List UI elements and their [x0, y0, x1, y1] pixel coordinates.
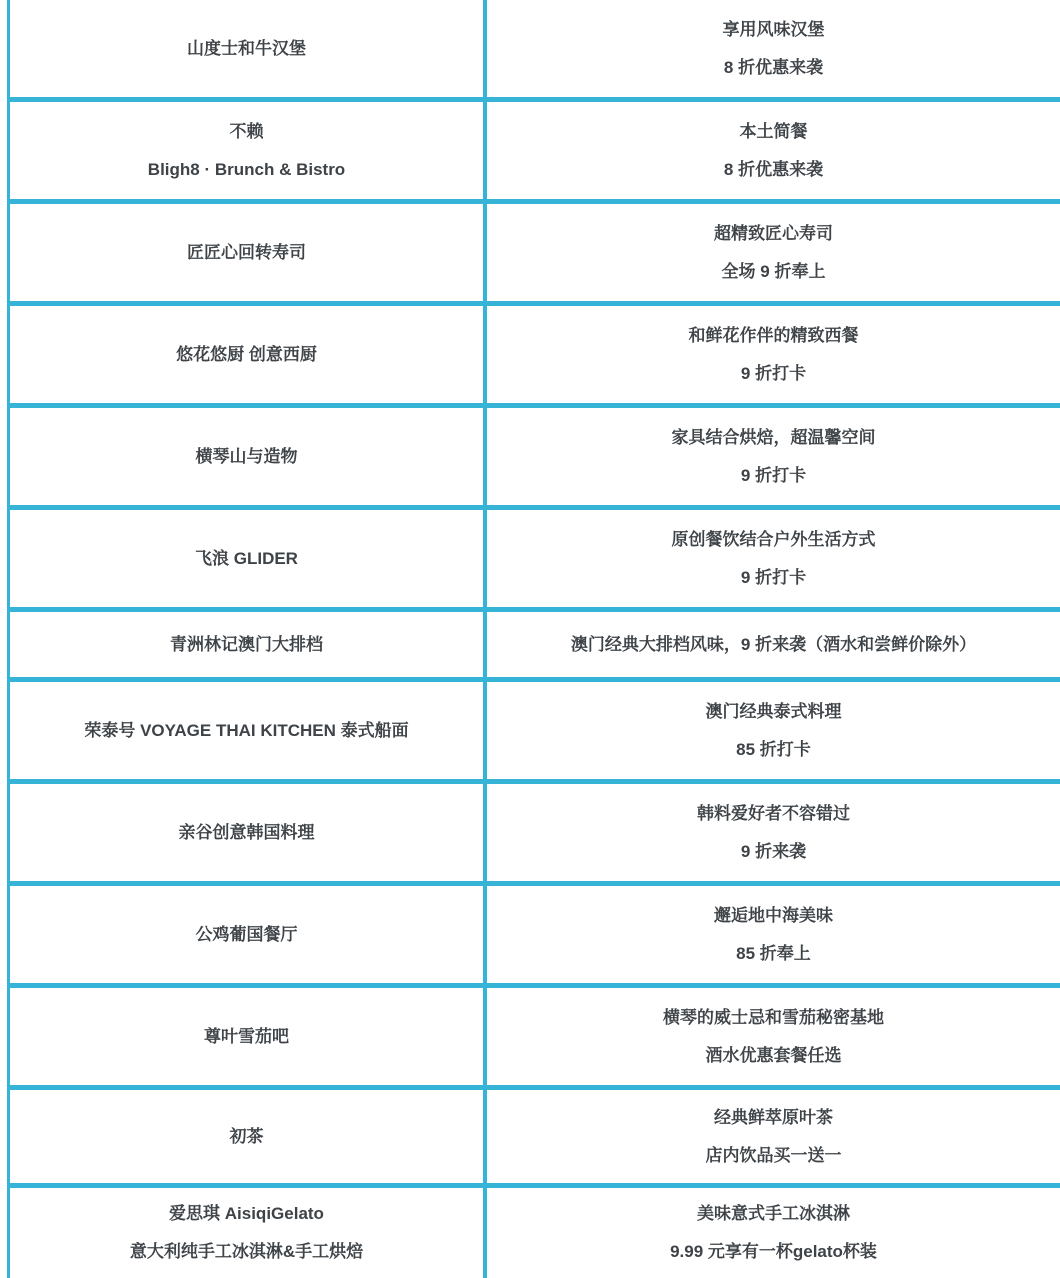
- table-row: 爱思琪 AisiqiGelato 意大利纯手工冰淇淋&手工烘焙 美味意式手工冰淇…: [7, 1188, 1060, 1278]
- restaurant-name: 初茶: [230, 1118, 264, 1156]
- restaurant-name: 亲谷创意韩国料理: [179, 814, 315, 852]
- promo-line: 全场 9 折奉上: [722, 253, 826, 291]
- promo-line: 9 折打卡: [741, 559, 806, 597]
- restaurant-name-cell: 飞浪 GLIDER: [10, 510, 483, 607]
- table-row: 匠匠心回转寿司 超精致匠心寿司 全场 9 折奉上: [7, 204, 1060, 301]
- restaurant-name-sub: 意大利纯手工冰淇淋&手工烘焙: [130, 1233, 363, 1271]
- promo-line: 美味意式手工冰淇淋: [697, 1195, 850, 1233]
- promo-cell: 澳门经典大排档风味，9 折来袭（酒水和尝鲜价除外）: [487, 612, 1060, 677]
- restaurant-name: 爱思琪 AisiqiGelato: [169, 1195, 324, 1233]
- promo-line: 横琴的威士忌和雪茄秘密基地: [663, 999, 884, 1037]
- promo-line: 超精致匠心寿司: [714, 215, 833, 253]
- promo-cell: 澳门经典泰式料理 85 折打卡: [487, 682, 1060, 779]
- promo-cell: 享用风味汉堡 8 折优惠来袭: [487, 0, 1060, 97]
- restaurant-name: 飞浪 GLIDER: [195, 540, 298, 578]
- restaurant-name: 公鸡葡国餐厅: [196, 916, 298, 954]
- restaurant-name: 青洲林记澳门大排档: [170, 626, 323, 664]
- promo-cell: 家具结合烘焙，超温馨空间 9 折打卡: [487, 408, 1060, 505]
- restaurant-name-latin: Bligh8 · Brunch & Bistro: [148, 151, 345, 189]
- restaurant-name-cell: 初茶: [10, 1090, 483, 1183]
- promo-line: 经典鲜萃原叶茶: [714, 1099, 833, 1137]
- promo-line: 邂逅地中海美味: [714, 897, 833, 935]
- restaurant-name: 尊叶雪茄吧: [204, 1018, 289, 1056]
- restaurant-name: 横琴山与造物: [196, 438, 298, 476]
- promo-cell: 美味意式手工冰淇淋 9.99 元享有一杯gelato杯装: [487, 1188, 1060, 1278]
- restaurant-name: 匠匠心回转寿司: [187, 234, 306, 272]
- table-row: 山度士和牛汉堡 享用风味汉堡 8 折优惠来袭: [7, 0, 1060, 97]
- promo-cell: 经典鲜萃原叶茶 店内饮品买一送一: [487, 1090, 1060, 1183]
- promo-line: 澳门经典泰式料理: [706, 693, 842, 731]
- promo-cell: 超精致匠心寿司 全场 9 折奉上: [487, 204, 1060, 301]
- promotions-table: 山度士和牛汉堡 享用风味汉堡 8 折优惠来袭 不赖 Bligh8 · Brunc…: [7, 0, 1060, 1278]
- promo-line: 澳门经典大排档风味，9 折来袭（酒水和尝鲜价除外）: [571, 626, 976, 664]
- table-row: 青洲林记澳门大排档 澳门经典大排档风味，9 折来袭（酒水和尝鲜价除外）: [7, 612, 1060, 677]
- promo-cell: 横琴的威士忌和雪茄秘密基地 酒水优惠套餐任选: [487, 988, 1060, 1085]
- promo-line: 韩料爱好者不容错过: [697, 795, 850, 833]
- table-row: 初茶 经典鲜萃原叶茶 店内饮品买一送一: [7, 1090, 1060, 1183]
- promo-cell: 和鲜花作伴的精致西餐 9 折打卡: [487, 306, 1060, 403]
- promo-cell: 邂逅地中海美味 85 折奉上: [487, 886, 1060, 983]
- promo-cell: 本土简餐 8 折优惠来袭: [487, 102, 1060, 199]
- table-row: 荣泰号 VOYAGE THAI KITCHEN 泰式船面 澳门经典泰式料理 85…: [7, 682, 1060, 779]
- restaurant-name-cell: 不赖 Bligh8 · Brunch & Bistro: [10, 102, 483, 199]
- table-row: 尊叶雪茄吧 横琴的威士忌和雪茄秘密基地 酒水优惠套餐任选: [7, 988, 1060, 1085]
- promo-line: 酒水优惠套餐任选: [706, 1037, 842, 1075]
- restaurant-name-cell: 亲谷创意韩国料理: [10, 784, 483, 881]
- promo-line: 9 折打卡: [741, 457, 806, 495]
- restaurant-name-cell: 公鸡葡国餐厅: [10, 886, 483, 983]
- restaurant-name-cell: 山度士和牛汉堡: [10, 0, 483, 97]
- table-row: 不赖 Bligh8 · Brunch & Bistro 本土简餐 8 折优惠来袭: [7, 102, 1060, 199]
- restaurant-name-cell: 匠匠心回转寿司: [10, 204, 483, 301]
- promo-line: 家具结合烘焙，超温馨空间: [672, 419, 876, 457]
- promo-line: 9 折来袭: [741, 833, 806, 871]
- restaurant-name-cell: 荣泰号 VOYAGE THAI KITCHEN 泰式船面: [10, 682, 483, 779]
- restaurant-name-cell: 尊叶雪茄吧: [10, 988, 483, 1085]
- restaurant-name-cell: 爱思琪 AisiqiGelato 意大利纯手工冰淇淋&手工烘焙: [10, 1188, 483, 1278]
- table-row: 横琴山与造物 家具结合烘焙，超温馨空间 9 折打卡: [7, 408, 1060, 505]
- promo-cell: 韩料爱好者不容错过 9 折来袭: [487, 784, 1060, 881]
- promo-line: 8 折优惠来袭: [724, 151, 823, 189]
- restaurant-name: 不赖: [230, 113, 264, 151]
- restaurant-name-cell: 青洲林记澳门大排档: [10, 612, 483, 677]
- promo-line: 85 折打卡: [736, 731, 811, 769]
- table-row: 飞浪 GLIDER 原创餐饮结合户外生活方式 9 折打卡: [7, 510, 1060, 607]
- promo-line: 本土简餐: [740, 113, 808, 151]
- restaurant-name: 悠花悠厨 创意西厨: [176, 336, 317, 374]
- restaurant-name-cell: 悠花悠厨 创意西厨: [10, 306, 483, 403]
- promo-line: 9 折打卡: [741, 355, 806, 393]
- promo-line: 8 折优惠来袭: [724, 49, 823, 87]
- restaurant-name: 山度士和牛汉堡: [187, 30, 306, 68]
- promo-line: 和鲜花作伴的精致西餐: [689, 317, 859, 355]
- promo-cell: 原创餐饮结合户外生活方式 9 折打卡: [487, 510, 1060, 607]
- promo-line: 9.99 元享有一杯gelato杯装: [670, 1233, 877, 1271]
- table-row: 亲谷创意韩国料理 韩料爱好者不容错过 9 折来袭: [7, 784, 1060, 881]
- restaurant-name: 荣泰号 VOYAGE THAI KITCHEN 泰式船面: [84, 712, 408, 750]
- promo-line: 享用风味汉堡: [723, 11, 825, 49]
- promo-line: 85 折奉上: [736, 935, 811, 973]
- restaurant-name-cell: 横琴山与造物: [10, 408, 483, 505]
- promo-line: 店内饮品买一送一: [706, 1137, 842, 1175]
- table-row: 公鸡葡国餐厅 邂逅地中海美味 85 折奉上: [7, 886, 1060, 983]
- table-row: 悠花悠厨 创意西厨 和鲜花作伴的精致西餐 9 折打卡: [7, 306, 1060, 403]
- promo-line: 原创餐饮结合户外生活方式: [672, 521, 876, 559]
